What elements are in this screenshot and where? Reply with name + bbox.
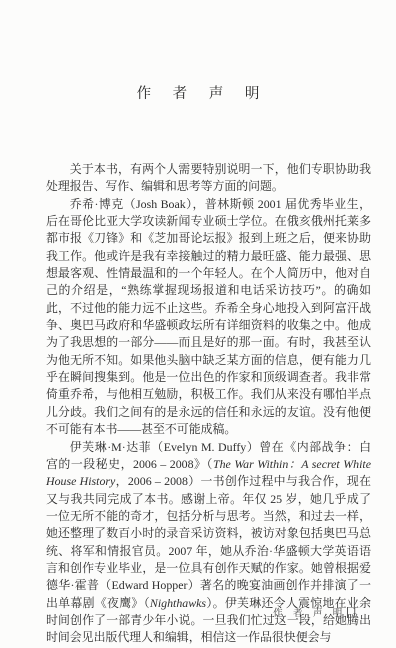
paragraph: 乔希·博克（Josh Boak），普林斯顿 2001 届优秀毕业生，后在哥伦比亚… — [46, 196, 371, 439]
page-footer: 作 者 声 明 1 — [273, 605, 357, 619]
page-title: 作 者 声 明 — [0, 82, 396, 103]
text-run: 关于本书，有两个人需要特别说明一下，他们专职协助我处理报告、写作、编辑和思考等方… — [46, 162, 371, 193]
footer-chapter-label: 作 者 声 明 — [273, 605, 346, 619]
body-text: 关于本书，有两个人需要特别说明一下，他们专职协助我处理报告、写作、编辑和思考等方… — [46, 161, 371, 647]
paragraph: 关于本书，有两个人需要特别说明一下，他们专职协助我处理报告、写作、编辑和思考等方… — [46, 161, 371, 196]
book-page: 作 者 声 明 关于本书，有两个人需要特别说明一下，他们专职协助我处理报告、写作… — [0, 0, 396, 648]
footer-divider — [347, 607, 348, 618]
italic-text-run: Nighthawks — [150, 596, 206, 610]
text-run: 乔希·博克（Josh Boak），普林斯顿 2001 届优秀毕业生，后在哥伦比亚… — [46, 197, 371, 436]
footer-page-number: 1 — [352, 607, 357, 617]
text-run: ，2006 – 2008）一书创作过程中与我合作，现在又与我共同完成了本书。感谢… — [46, 474, 371, 609]
